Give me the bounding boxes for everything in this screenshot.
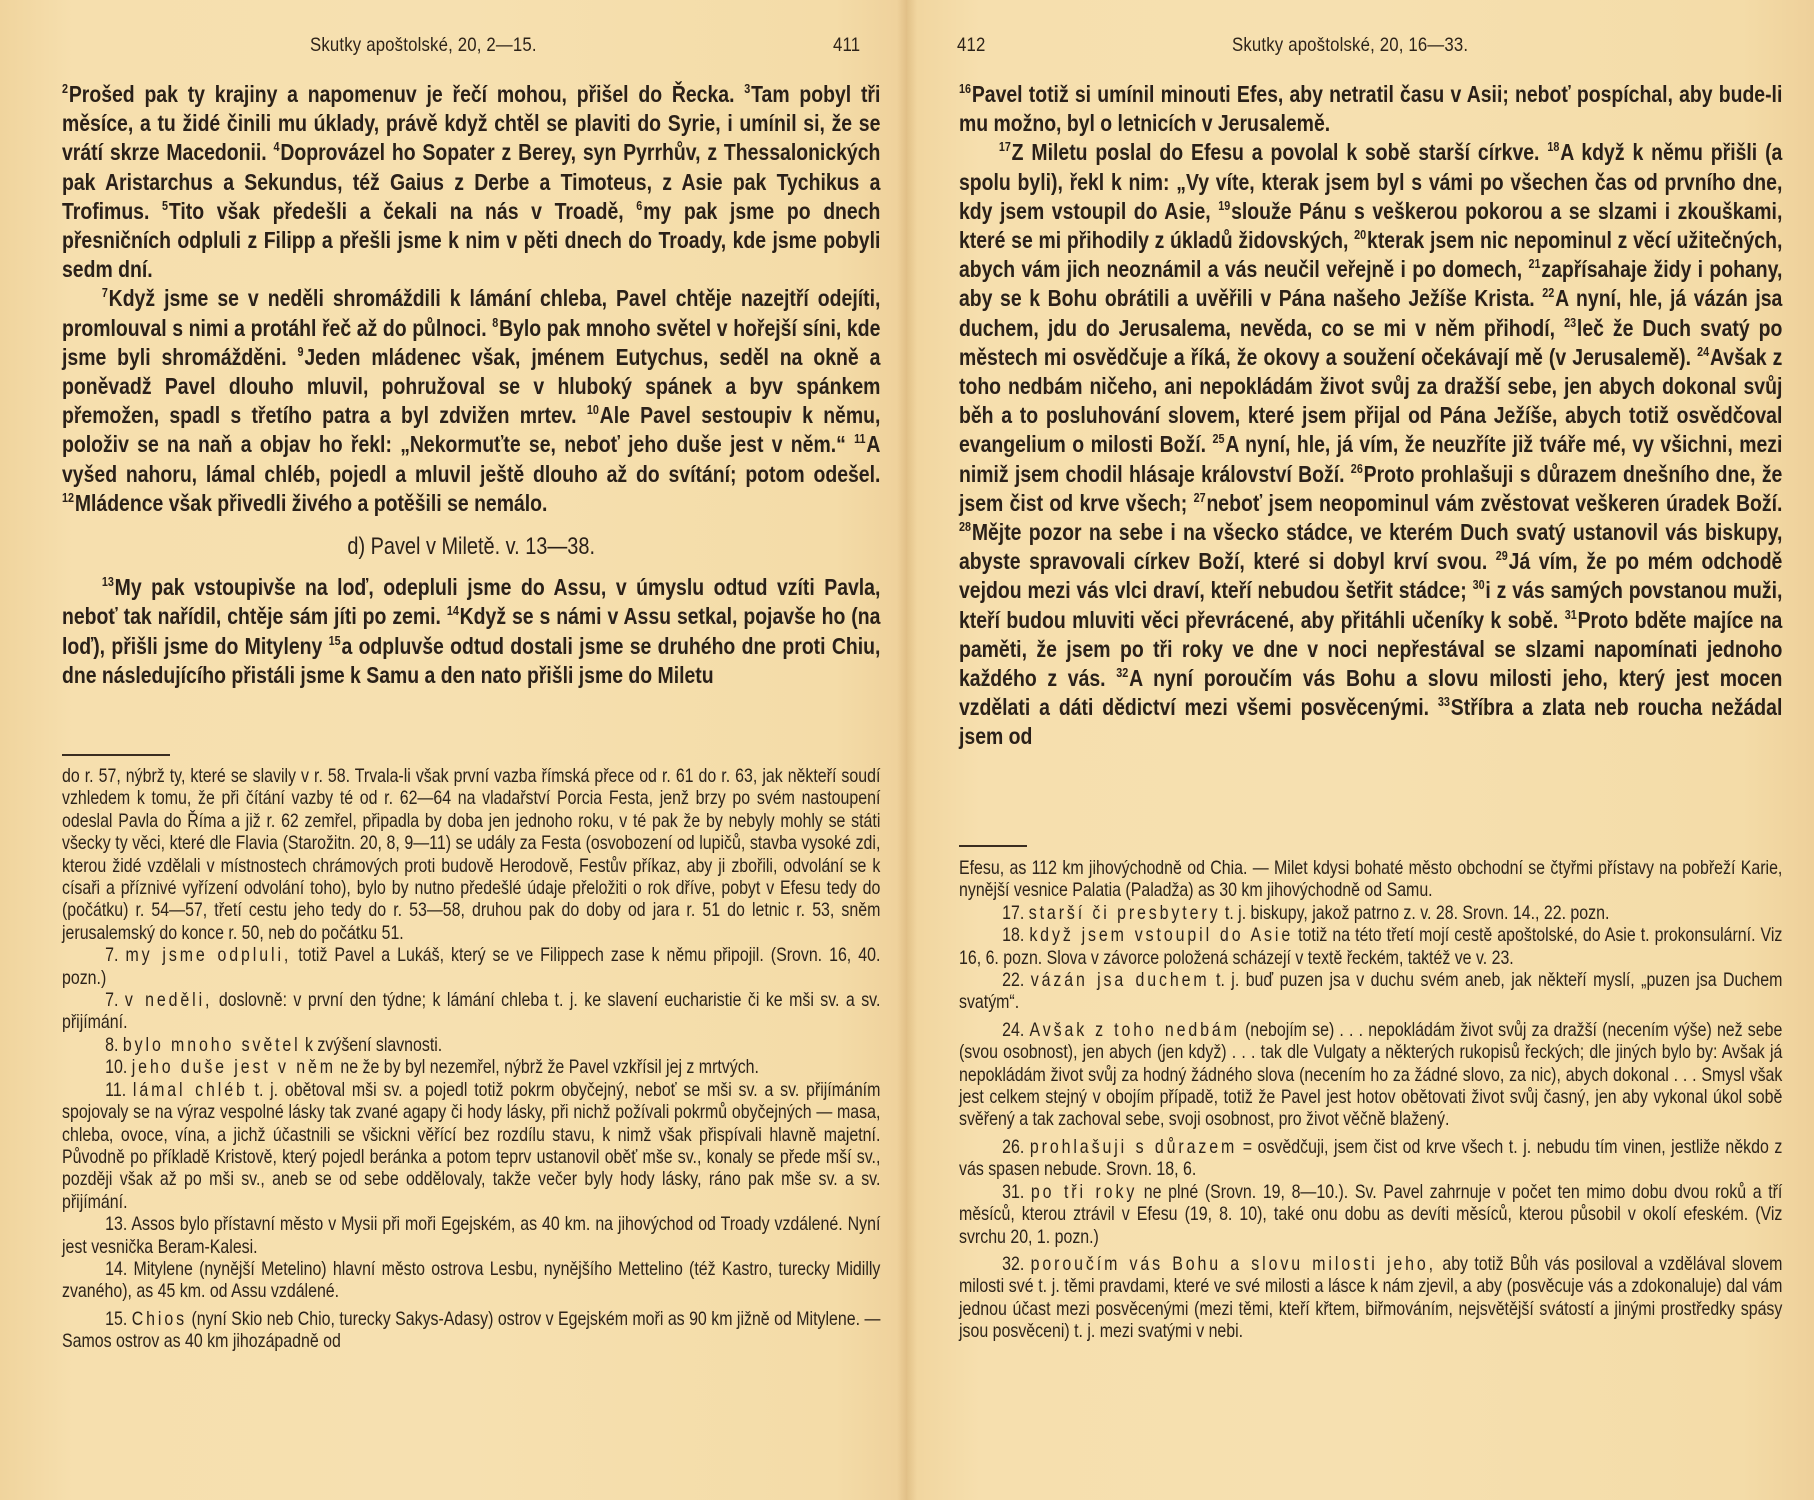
verse-number: 31 [1565, 607, 1577, 622]
footnote-text: Efesu, as 112 km jihovýchodně od Chia. —… [959, 858, 1782, 901]
running-head: Skutky apoštolské, 20, 2—15. [310, 34, 537, 57]
verse-number: 20 [1354, 227, 1366, 242]
footnote-lemma: bylo mnoho světel [123, 1035, 301, 1056]
main-text: 2Prošed pak ty krajiny a napomenuv je ře… [62, 80, 880, 690]
verse-number: 12 [62, 490, 74, 505]
footnote-number: 10. [105, 1057, 132, 1078]
footnote-lemma: vázán jsa duchem [1031, 970, 1210, 991]
paragraph: 7Když jsme se v neděli shromáždili k lám… [62, 284, 880, 518]
verse-number: 10 [587, 402, 599, 417]
footnote-number: 7. [105, 945, 125, 966]
footnote-lemma: Chios [132, 1309, 187, 1330]
footnote-text: Assos bylo přístavní město v Mysii při m… [62, 1214, 880, 1257]
footnote: 7. v neděli, doslovně: v první den týdne… [62, 990, 880, 1035]
footnote: 26. prohlašuji s důrazem = osvědčuji, js… [959, 1137, 1782, 1182]
verse-text: Mládence však přivedli živého a potěšili… [75, 490, 548, 516]
footnote-number: 24. [1002, 1020, 1029, 1041]
verse-number: 16 [959, 81, 971, 96]
footnote-lemma: když jsem vstoupil do Asie [1029, 925, 1293, 946]
verse-number: 11 [854, 431, 865, 446]
verse-text: Pavel totiž si umínil minouti Efes, aby … [959, 81, 1782, 136]
paragraph: 2Prošed pak ty krajiny a napomenuv je ře… [62, 80, 880, 284]
footnote-number: 17. [1002, 903, 1029, 924]
verse-number: 9 [298, 344, 304, 359]
footnote: 24. Avšak z toho nedbám (nebojím se) . .… [959, 1020, 1782, 1132]
footnote: do r. 57, nýbrž ty, které se slavily v r… [62, 766, 880, 945]
verse-number: 2 [62, 81, 68, 96]
footnote-text: ne že by byl nezemřel, nýbrž že Pavel vz… [336, 1057, 759, 1078]
footnote-lemma: po tři roky [1031, 1182, 1137, 1203]
verse-number: 22 [1542, 285, 1554, 300]
footnote: 7. my jsme odpluli, totiž Pavel a Lukáš,… [62, 945, 880, 990]
footnote-text: Mitylene (nynější Metelino) hlavní město… [62, 1259, 880, 1302]
footnote: 31. po tři roky ne plné (Srovn. 19, 8—10… [959, 1182, 1782, 1249]
footnote: 18. když jsem vstoupil do Asie totiž na … [959, 925, 1782, 970]
footnote-number: 13. [105, 1214, 131, 1235]
verse-number: 5 [162, 198, 168, 213]
verse-number: 30 [1473, 577, 1485, 592]
footnote-lemma: v neděli, [125, 990, 212, 1011]
verse-number: 6 [636, 198, 642, 213]
footnote-number: 7. [105, 990, 125, 1011]
page-number: 411 [833, 34, 860, 57]
verse-number: 18 [1547, 139, 1559, 154]
footnotes: Efesu, as 112 km jihovýchodně od Chia. —… [959, 858, 1782, 1344]
verse-number: 3 [744, 81, 750, 96]
verse-number: 25 [1212, 431, 1224, 446]
verse-text: Z Miletu poslal do Efesu a povolal k sob… [1012, 139, 1548, 165]
footnote-divider [62, 754, 170, 756]
verse-number: 29 [1496, 548, 1508, 563]
verse-text: Tito však předešli a čekali na nás v Tro… [169, 198, 636, 224]
footnote: 13. Assos bylo přístavní město v Mysii p… [62, 1214, 880, 1259]
right-page: 412 Skutky apoštolské, 20, 16—33. 16Pave… [907, 0, 1814, 1500]
footnote-lemma: prohlašuji s důrazem [1030, 1137, 1237, 1158]
main-text: 16Pavel totiž si umínil minouti Efes, ab… [959, 80, 1782, 752]
footnote-text: do r. 57, nýbrž ty, které se slavily v r… [62, 766, 880, 944]
verse-text: neboť jsem neopominul vám zvěstovat vešk… [1206, 490, 1782, 516]
footnote-lemma: jeho duše jest v něm [132, 1057, 336, 1078]
footnote-lemma: lámal chléb [133, 1080, 248, 1101]
verse-number: 13 [102, 574, 114, 589]
footnote-divider [959, 845, 1027, 847]
verse-number: 26 [1351, 461, 1363, 476]
footnote-text: t. j. biskupy, jakož patrno z. v. 28. Sr… [1220, 903, 1609, 924]
page-number: 412 [957, 34, 986, 57]
paragraph: 16Pavel totiž si umínil minouti Efes, ab… [959, 80, 1782, 138]
footnote: 32. poroučím vás Bohu a slovu milosti je… [959, 1254, 1782, 1344]
verse-number: 15 [329, 633, 341, 648]
footnote-number: 32. [1002, 1254, 1030, 1275]
footnote-lemma: Avšak z toho nedbám [1029, 1020, 1239, 1041]
left-page: Skutky apoštolské, 20, 2—15. 411 2Prošed… [0, 0, 907, 1500]
verse-number: 21 [1529, 256, 1541, 271]
footnote-number: 14. [105, 1259, 133, 1280]
paragraph: 17Z Miletu poslal do Efesu a povolal k s… [959, 138, 1782, 751]
verse-number: 23 [1564, 315, 1576, 330]
verse-number: 14 [447, 603, 459, 618]
footnote: 15. Chios (nyní Skio neb Chio, turecky S… [62, 1309, 880, 1354]
book-gutter [897, 0, 917, 1500]
verse-number: 4 [274, 139, 280, 154]
verse-number: 24 [1697, 344, 1709, 359]
book-spread: Skutky apoštolské, 20, 2—15. 411 2Prošed… [0, 0, 1814, 1500]
verse-number: 7 [102, 285, 108, 300]
footnote-number: 18. [1002, 925, 1029, 946]
verse-number: 33 [1438, 694, 1450, 709]
footnote-lemma: starší či presbytery [1029, 903, 1221, 924]
verse-number: 8 [492, 315, 498, 330]
footnote-number: 31. [1002, 1182, 1031, 1203]
running-head: Skutky apoštolské, 20, 16—33. [1232, 34, 1468, 57]
footnote-number: 26. [1002, 1137, 1030, 1158]
footnote-text: k zvýšení slavnosti. [301, 1035, 443, 1056]
footnote-number: 8. [105, 1035, 123, 1056]
footnote: 22. vázán jsa duchem t. j. buď puzen jsa… [959, 970, 1782, 1015]
footnote-number: 11. [105, 1080, 133, 1101]
footnote: Efesu, as 112 km jihovýchodně od Chia. —… [959, 858, 1782, 903]
section-heading: d) Pavel v Miletě. v. 13—38. [62, 532, 880, 561]
verse-number: 27 [1194, 490, 1206, 505]
footnote-number: 22. [1002, 970, 1031, 991]
verse-number: 32 [1116, 665, 1128, 680]
verse-text: Prošed pak ty krajiny a napomenuv je řeč… [69, 81, 744, 107]
footnote: 17. starší či presbytery t. j. biskupy, … [959, 903, 1782, 925]
footnote-number: 15. [105, 1309, 132, 1330]
footnote-lemma: my jsme odpluli, [125, 945, 291, 966]
footnote: 8. bylo mnoho světel k zvýšení slavnosti… [62, 1035, 880, 1057]
verse-number: 19 [1218, 198, 1230, 213]
footnotes: do r. 57, nýbrž ty, které se slavily v r… [62, 766, 880, 1354]
paragraph: 13My pak vstoupivše na loď, odepluli jsm… [62, 573, 880, 690]
footnote: 11. lámal chléb t. j. obětoval mši sv. a… [62, 1080, 880, 1214]
footnote: 10. jeho duše jest v něm ne že by byl ne… [62, 1057, 880, 1079]
verse-number: 28 [959, 519, 971, 534]
footnote: 14. Mitylene (nynější Metelino) hlavní m… [62, 1259, 880, 1304]
verse-number: 17 [999, 139, 1011, 154]
footnote-lemma: poroučím vás Bohu a slovu milosti jeho, [1031, 1254, 1436, 1275]
